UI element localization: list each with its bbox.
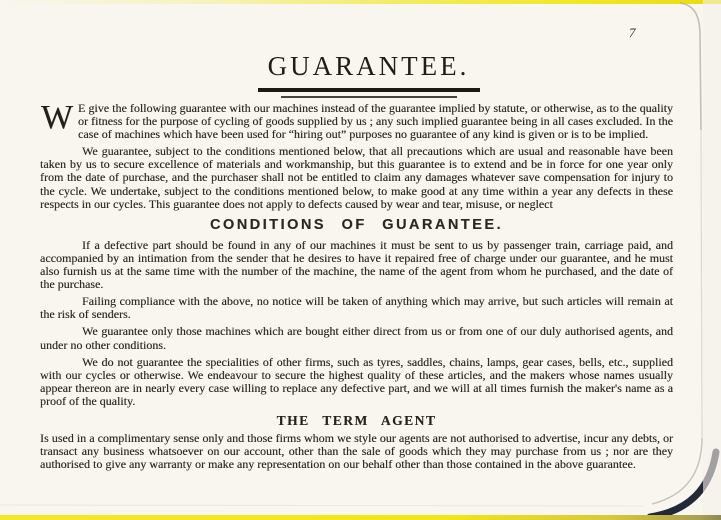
scan-edge-top-highlight — [0, 0, 721, 4]
paragraph-term-agent: Is used in a complimentary sense only an… — [40, 432, 673, 471]
scanned-document-page: 7 GUARANTEE. WE give the following guara… — [0, 0, 721, 520]
page-title: GUARANTEE. — [8, 51, 721, 82]
page-number: 7 — [629, 25, 636, 41]
term-agent-heading: THE TERM AGENT — [40, 414, 673, 427]
page-edge-right — [701, 130, 702, 438]
conditions-of-guarantee-heading: CONDITIONS OF GUARANTEE. — [40, 219, 673, 232]
paragraph-defective-part: If a defective part should be found in a… — [40, 239, 673, 291]
title-underline — [8, 88, 721, 98]
paragraph-intro: WE give the following guarantee with our… — [40, 102, 673, 141]
dropcap-initial: W — [41, 102, 76, 138]
paragraph-specialities: We do not guarantee the specialities of … — [40, 356, 673, 408]
title-underline-thin — [281, 96, 457, 98]
paragraph-only-machines: We guarantee only those machines which a… — [40, 325, 673, 351]
paragraph-intro-text: E give the following guarantee with our … — [78, 101, 673, 141]
paragraph-failing-compliance: Failing compliance with the above, no no… — [40, 295, 673, 321]
title-underline-thick — [258, 88, 480, 92]
paragraph-guarantee-terms: We guarantee, subject to the conditions … — [40, 145, 673, 210]
scan-edge-bottom-highlight — [0, 515, 721, 520]
page-edge-bottom — [0, 505, 645, 506]
document-body: WE give the following guarantee with our… — [40, 102, 673, 475]
